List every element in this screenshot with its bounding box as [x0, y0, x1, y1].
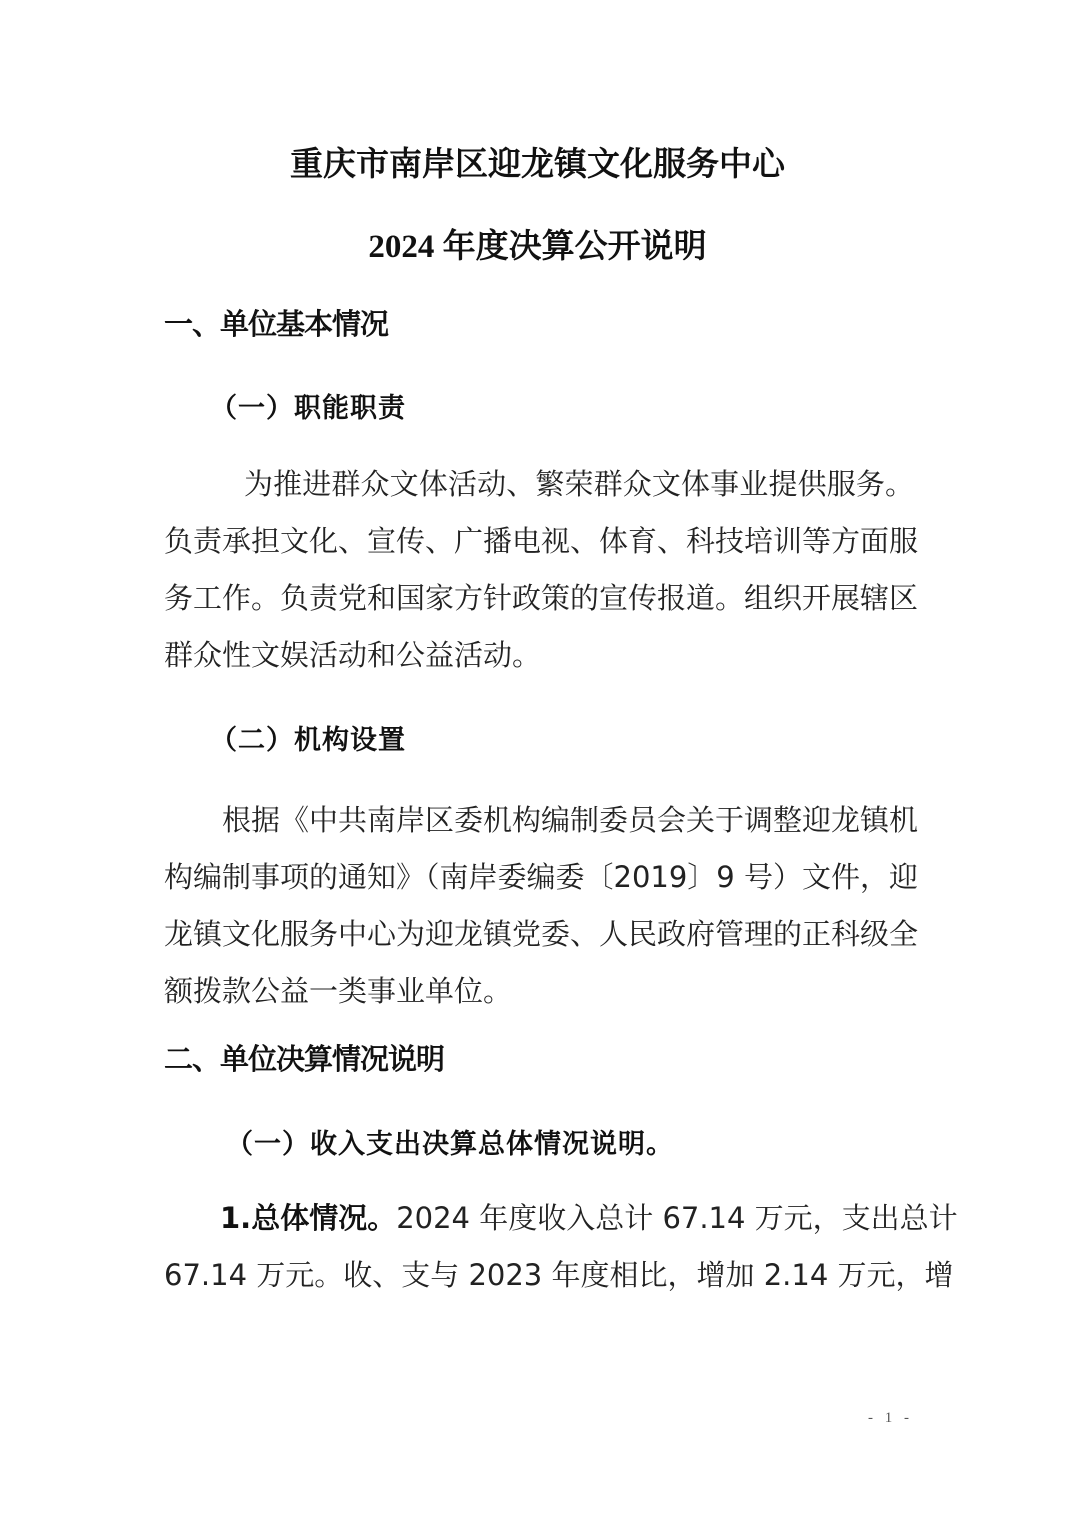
subsection-heading-income-expenditure: （一）收入支出决算总体情况说明。	[226, 1122, 674, 1161]
paragraph-lead: 1.总体情况。	[220, 1201, 396, 1235]
paragraph-text: 2024 年度收入总计 67.14 万元，支出总计	[396, 1201, 957, 1235]
subsection-heading-functions: （一）职能职责	[210, 386, 406, 425]
document-title-line-2: 2024 年度决算公开说明	[0, 220, 1075, 267]
document-title-line-1: 重庆市南岸区迎龙镇文化服务中心	[0, 138, 1075, 185]
paragraph-line: 为推进群众文体活动、繁荣群众文体事业提供服务。	[164, 456, 914, 513]
subsection-heading-organization: （二）机构设置	[210, 718, 406, 757]
paragraph-line: 务工作。负责党和国家方针政策的宣传报道。组织开展辖区	[164, 570, 914, 627]
paragraph-overall: 1.总体情况。2024 年度收入总计 67.14 万元，支出总计 67.14 万…	[164, 1190, 914, 1304]
paragraph-line: 负责承担文化、宣传、广播电视、体育、科技培训等方面服	[164, 513, 914, 570]
paragraph-line: 根据《中共南岸区委机构编制委员会关于调整迎龙镇机	[164, 792, 914, 849]
page-number: - 1 -	[868, 1410, 913, 1427]
section-heading-final-accounts: 二、单位决算情况说明	[164, 1037, 444, 1078]
paragraph-functions: 为推进群众文体活动、繁荣群众文体事业提供服务。 负责承担文化、宣传、广播电视、体…	[164, 456, 914, 684]
section-heading-basic-info: 一、单位基本情况	[164, 302, 388, 343]
paragraph-line: 67.14 万元。收、支与 2023 年度相比，增加 2.14 万元，增	[164, 1247, 914, 1304]
paragraph-line: 额拨款公益一类事业单位。	[164, 963, 914, 1020]
paragraph-line: 构编制事项的通知》（南岸委编委〔2019〕9 号）文件，迎	[164, 849, 914, 906]
paragraph-organization: 根据《中共南岸区委机构编制委员会关于调整迎龙镇机 构编制事项的通知》（南岸委编委…	[164, 792, 914, 1020]
paragraph-line: 1.总体情况。2024 年度收入总计 67.14 万元，支出总计	[164, 1190, 914, 1247]
paragraph-line: 群众性文娱活动和公益活动。	[164, 627, 914, 684]
document-page: 重庆市南岸区迎龙镇文化服务中心 2024 年度决算公开说明 一、单位基本情况 （…	[0, 0, 1075, 1520]
paragraph-line: 龙镇文化服务中心为迎龙镇党委、人民政府管理的正科级全	[164, 906, 914, 963]
